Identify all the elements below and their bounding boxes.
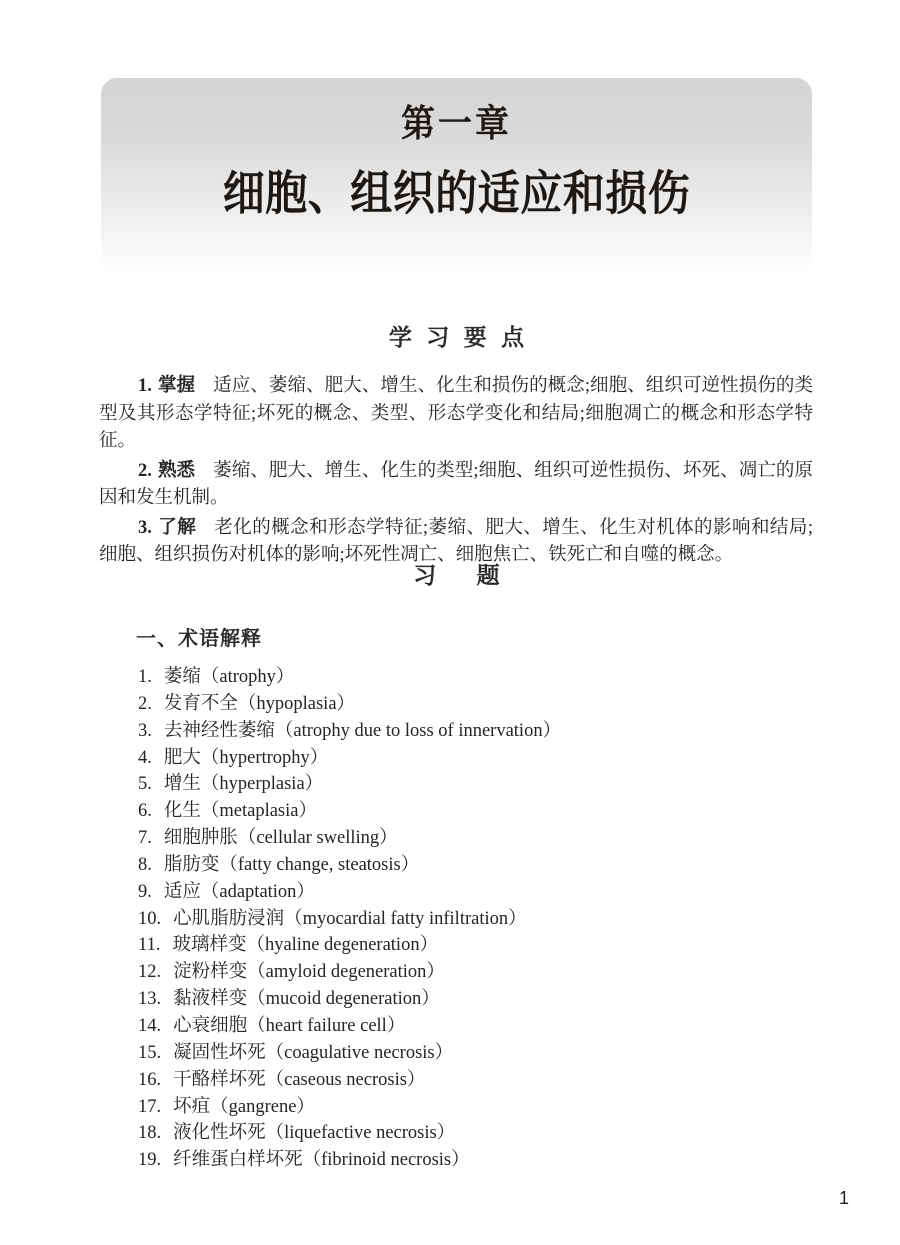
term-item: 12.淀粉样变（amyloid degeneration）: [138, 959, 818, 986]
term-number: 7.: [138, 828, 152, 848]
term-item: 2.发育不全（hypoplasia）: [138, 691, 818, 718]
term-number: 5.: [138, 774, 152, 794]
learning-points-heading: 学 习 要 点: [101, 322, 812, 352]
term-number: 2.: [138, 694, 152, 714]
learning-point-grasp: 1.掌握适应、萎缩、肥大、增生、化生和损伤的概念;细胞、组织可逆性损伤的类型及其…: [99, 371, 813, 456]
term-number: 19.: [138, 1150, 161, 1170]
learning-point-label: 熟悉: [158, 459, 195, 480]
term-item: 18.液化性坏死（liquefactive necrosis）: [138, 1120, 818, 1147]
term-text: 去神经性萎缩（atrophy due to loss of innervatio…: [164, 721, 561, 741]
term-number: 15.: [138, 1043, 161, 1063]
chapter-banner: 第一章 细胞、组织的适应和损伤: [101, 78, 812, 273]
textbook-page: 第一章 细胞、组织的适应和损伤 学 习 要 点 1.掌握适应、萎缩、肥大、增生、…: [0, 0, 900, 1245]
term-text: 肥大（hypertrophy）: [164, 748, 328, 768]
term-item: 6.化生（metaplasia）: [138, 798, 818, 825]
learning-point-label: 了解: [158, 516, 196, 537]
term-number: 12.: [138, 962, 161, 982]
term-text: 增生（hyperplasia）: [164, 774, 323, 794]
term-item: 13.黏液样变（mucoid degeneration）: [138, 986, 818, 1013]
term-number: 9.: [138, 882, 152, 902]
learning-point-number: 2.: [138, 461, 152, 481]
term-item: 8.脂肪变（fatty change, steatosis）: [138, 852, 818, 879]
term-list: 1.萎缩（atrophy） 2.发育不全（hypoplasia） 3.去神经性萎…: [138, 664, 818, 1174]
learning-point-text: 适应、萎缩、肥大、增生、化生和损伤的概念;细胞、组织可逆性损伤的类型及其形态学特…: [99, 376, 813, 451]
learning-point-text: 萎缩、肥大、增生、化生的类型;细胞、组织可逆性损伤、坏死、凋亡的原因和发生机制。: [99, 461, 813, 509]
term-item: 15.凝固性坏死（coagulative necrosis）: [138, 1040, 818, 1067]
term-item: 9.适应（adaptation）: [138, 879, 818, 906]
terms-section-heading: 一、术语解释: [136, 626, 262, 652]
term-text: 干酪样坏死（caseous necrosis）: [173, 1070, 425, 1090]
term-text: 脂肪变（fatty change, steatosis）: [164, 855, 419, 875]
term-item: 10.心肌脂肪浸润（myocardial fatty infiltration）: [138, 906, 818, 933]
term-text: 纤维蛋白样坏死（fibrinoid necrosis）: [173, 1150, 470, 1170]
term-number: 18.: [138, 1123, 161, 1143]
learning-point-familiar: 2.熟悉萎缩、肥大、增生、化生的类型;细胞、组织可逆性损伤、坏死、凋亡的原因和发…: [99, 456, 813, 513]
term-text: 化生（metaplasia）: [164, 801, 317, 821]
term-number: 17.: [138, 1097, 161, 1117]
term-number: 14.: [138, 1016, 161, 1036]
term-item: 16.干酪样坏死（caseous necrosis）: [138, 1067, 818, 1094]
term-number: 4.: [138, 748, 152, 768]
term-item: 5.增生（hyperplasia）: [138, 771, 818, 798]
learning-point-number: 1.: [138, 376, 152, 396]
term-text: 萎缩（atrophy）: [164, 667, 295, 687]
chapter-number: 第一章: [101, 102, 812, 145]
term-item: 1.萎缩（atrophy）: [138, 664, 818, 691]
term-text: 玻璃样变（hyaline degeneration）: [172, 935, 438, 955]
term-text: 细胞肿胀（cellular swelling）: [164, 828, 398, 848]
term-text: 液化性坏死（liquefactive necrosis）: [173, 1123, 455, 1143]
term-text: 发育不全（hypoplasia）: [164, 694, 355, 714]
term-text: 坏疽（gangrene）: [173, 1097, 315, 1117]
term-text: 心衰细胞（heart failure cell）: [173, 1016, 405, 1036]
term-number: 8.: [138, 855, 152, 875]
learning-point-number: 3.: [138, 518, 152, 538]
term-text: 适应（adaptation）: [164, 882, 315, 902]
term-number: 3.: [138, 721, 152, 741]
learning-point-text: 老化的概念和形态学特征;萎缩、肥大、增生、化生对机体的影响和结局;细胞、组织损伤…: [99, 518, 813, 566]
page-number: 1: [832, 1186, 856, 1210]
term-number: 11.: [138, 935, 160, 955]
exercises-heading: 习 题: [101, 560, 812, 590]
chapter-title: 细胞、组织的适应和损伤: [101, 165, 812, 223]
term-number: 16.: [138, 1070, 161, 1090]
term-item: 19.纤维蛋白样坏死（fibrinoid necrosis）: [138, 1147, 818, 1174]
term-text: 心肌脂肪浸润（myocardial fatty infiltration）: [173, 909, 527, 929]
term-item: 11.玻璃样变（hyaline degeneration）: [138, 932, 818, 959]
term-text: 淀粉样变（amyloid degeneration）: [173, 962, 445, 982]
term-item: 17.坏疽（gangrene）: [138, 1094, 818, 1121]
term-item: 14.心衰细胞（heart failure cell）: [138, 1013, 818, 1040]
term-text: 凝固性坏死（coagulative necrosis）: [173, 1043, 453, 1063]
term-item: 3.去神经性萎缩（atrophy due to loss of innervat…: [138, 718, 818, 745]
term-number: 10.: [138, 909, 161, 929]
term-number: 1.: [138, 667, 152, 687]
term-text: 黏液样变（mucoid degeneration）: [173, 989, 440, 1009]
learning-points-list: 1.掌握适应、萎缩、肥大、增生、化生和损伤的概念;细胞、组织可逆性损伤的类型及其…: [99, 371, 813, 570]
term-item: 4.肥大（hypertrophy）: [138, 745, 818, 772]
learning-point-label: 掌握: [158, 374, 195, 395]
term-number: 6.: [138, 801, 152, 821]
term-item: 7.细胞肿胀（cellular swelling）: [138, 825, 818, 852]
term-number: 13.: [138, 989, 161, 1009]
